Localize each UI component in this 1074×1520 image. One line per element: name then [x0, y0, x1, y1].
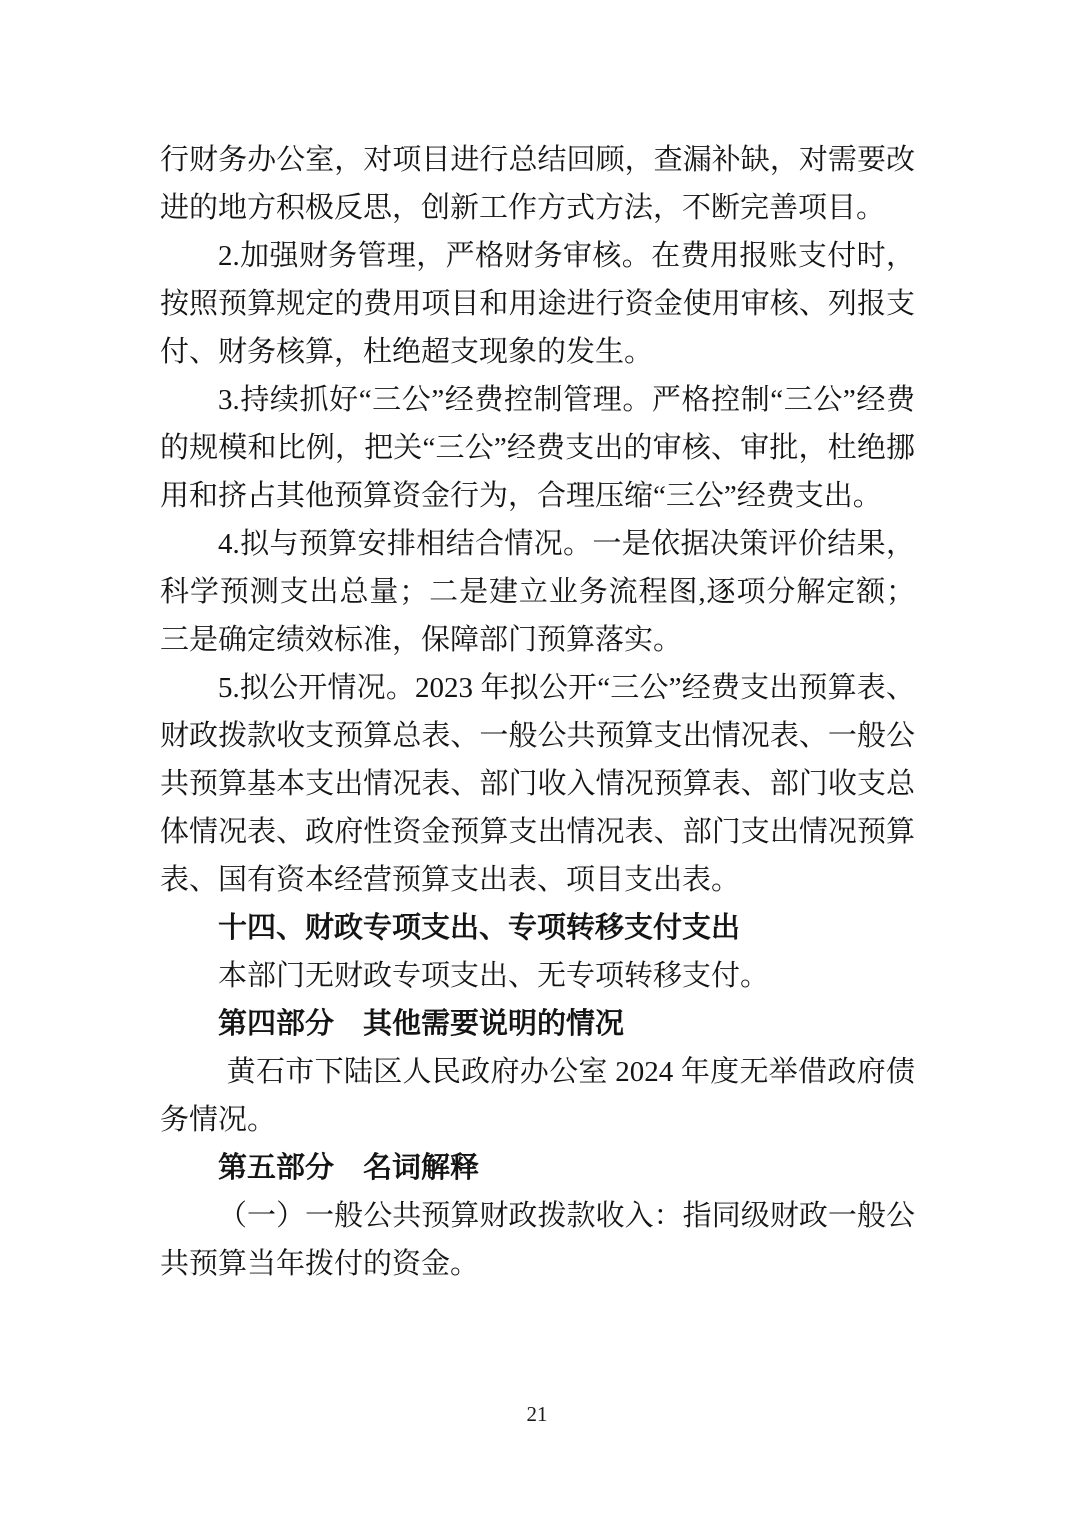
- paragraph-item-5: 5.拟公开情况。2023 年拟公开“三公”经费支出预算表、财政拨款收支预算总表、…: [160, 664, 915, 904]
- document-body: 行财务办公室，对项目进行总结回顾，查漏补缺，对需要改进的地方积极反思，创新工作方…: [160, 136, 915, 1288]
- document-page: 行财务办公室，对项目进行总结回顾，查漏补缺，对需要改进的地方积极反思，创新工作方…: [0, 0, 1074, 1520]
- paragraph-no-special-expenditure: 本部门无财政专项支出、无专项转移支付。: [160, 952, 915, 1000]
- paragraph-item-4: 4.拟与预算安排相结合情况。一是依据决策评价结果，科学预测支出总量；二是建立业务…: [160, 520, 915, 664]
- paragraph-term-definition-1: （一）一般公共预算财政拨款收入：指同级财政一般公共预算当年拨付的资金。: [160, 1192, 915, 1288]
- page-number: 21: [0, 1400, 1074, 1428]
- paragraph-government-debt: 黄石市下陆区人民政府办公室 2024 年度无举借政府债务情况。: [160, 1048, 915, 1144]
- paragraph-item-2: 2.加强财务管理，严格财务审核。在费用报账支付时，按照预算规定的费用项目和用途进…: [160, 232, 915, 376]
- paragraph-item-3: 3.持续抓好“三公”经费控制管理。严格控制“三公”经费的规模和比例，把关“三公”…: [160, 376, 915, 520]
- part-heading-4: 第四部分 其他需要说明的情况: [160, 1000, 915, 1048]
- paragraph-continuation: 行财务办公室，对项目进行总结回顾，查漏补缺，对需要改进的地方积极反思，创新工作方…: [160, 136, 915, 232]
- section-heading-14: 十四、财政专项支出、专项转移支付支出: [160, 904, 915, 952]
- part-heading-5: 第五部分 名词解释: [160, 1144, 915, 1192]
